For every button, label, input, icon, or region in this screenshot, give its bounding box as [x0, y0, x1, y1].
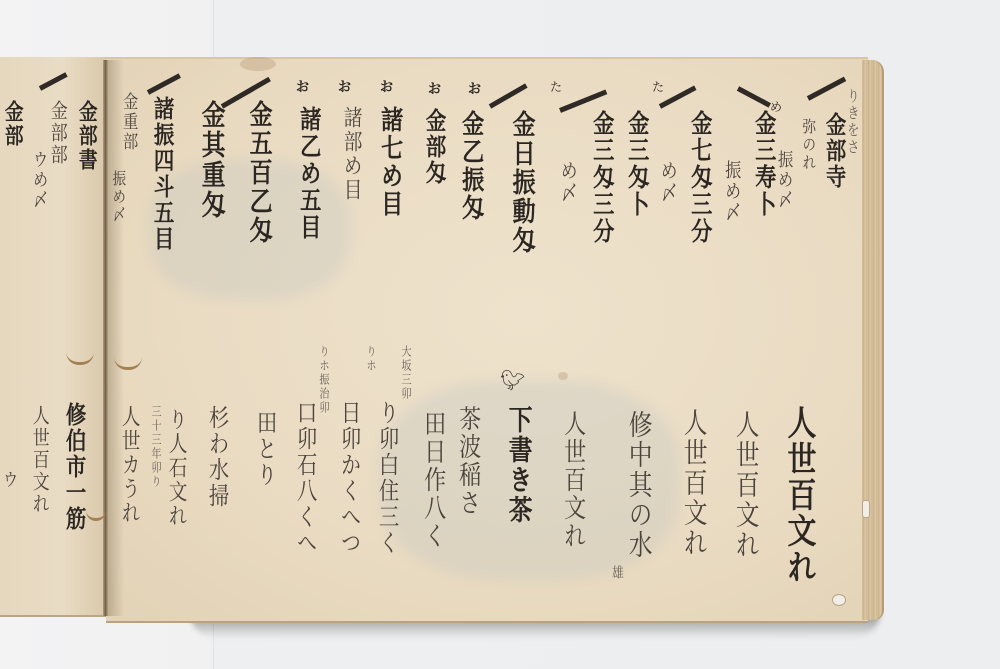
check-mark: お [380, 76, 393, 95]
handwritten-column: 金日振動匁 [510, 110, 533, 255]
handwritten-column: 人世百文れ [32, 405, 49, 515]
handwritten-column: ウめ〆 [31, 150, 46, 210]
handwritten-column: 人世百文れ [562, 410, 584, 550]
handwritten-column: 金乙振匁 [460, 110, 482, 222]
marginal-annotation: りホ振治卯 [319, 345, 329, 415]
check-mark: た [550, 78, 562, 95]
handwritten-column: 人世百文れ [785, 405, 814, 585]
handwritten-column: 人世百文れ [734, 410, 758, 560]
handwritten-column: 金部書 [78, 100, 97, 172]
bird-sketch-icon: 🐦︎ [500, 368, 525, 392]
handwritten-column: 金三匁卜 [627, 110, 648, 218]
handwritten-column: 田とり [255, 410, 275, 488]
handwritten-column: 金五百乙匁 [247, 100, 270, 245]
handwritten-column: 人世カうれ [120, 405, 139, 525]
handwritten-column: 修伯市一筋 [64, 402, 84, 532]
handwritten-column: 金七匁三分 [690, 110, 711, 245]
handwritten-column: 金其重匁 [200, 100, 224, 220]
marginal-annotation: 雄 [611, 565, 623, 581]
handwritten-column: り卯白住三く [377, 400, 397, 556]
handwritten-column: りきをさ [846, 88, 859, 156]
handwritten-column: 下書き茶 [507, 405, 531, 525]
handwritten-column: 杉わ水掃 [207, 405, 227, 509]
handwritten-column: 金部 [4, 100, 23, 148]
handwritten-column: 金重部 [121, 92, 136, 152]
handwritten-column: 諸乙め五目 [299, 106, 320, 241]
check-mark: お [296, 76, 309, 95]
handwritten-column: り人石文れ [167, 408, 186, 528]
handwritten-column: め〆 [560, 160, 577, 204]
handwritten-column: 振め〆 [723, 160, 739, 223]
handwritten-column: 金三匁三分 [592, 110, 613, 245]
handwritten-column: 振め〆 [776, 150, 791, 210]
handwritten-column: 日卯かくへつ [339, 400, 359, 556]
handwritten-column: 口卯石八くへ [295, 400, 315, 556]
check-mark: お [338, 76, 351, 95]
handwritten-column: ウ [1, 470, 16, 490]
worm-hole [832, 594, 846, 606]
handwritten-column: 金部匁 [424, 108, 444, 186]
handwritten-column: 金三寿卜 [754, 110, 775, 218]
marginal-annotation: 大坂三卯 [401, 345, 411, 401]
handwritten-column: 金部部 [50, 100, 67, 166]
marginal-annotation: 三十三年卯り [151, 405, 161, 489]
paper-tear [862, 500, 870, 518]
paper-stain [558, 372, 568, 380]
check-mark: た [652, 78, 664, 95]
handwritten-column: 弥のれ [801, 118, 815, 172]
handwritten-column: 金部寺 [824, 112, 844, 190]
handwritten-column: 振め〆 [111, 170, 125, 224]
handwritten-column: め〆 [660, 160, 677, 204]
handwritten-column: 田日作八く [422, 410, 444, 550]
handwritten-column: 諸七め目 [379, 106, 401, 218]
handwritten-column: 修中其の水 [627, 410, 651, 560]
handwritten-column: 茶波稲さ [457, 405, 479, 517]
marginal-annotation: りホ [366, 345, 376, 373]
page-edge-stack [862, 60, 884, 620]
handwritten-column: 人世百文れ [682, 408, 706, 558]
handwritten-column: 諸部め目 [342, 106, 361, 202]
check-mark: お [468, 78, 481, 97]
paper-stain [240, 57, 276, 71]
check-mark: お [428, 78, 441, 97]
handwritten-column: 諸振四斗五目 [152, 96, 172, 252]
